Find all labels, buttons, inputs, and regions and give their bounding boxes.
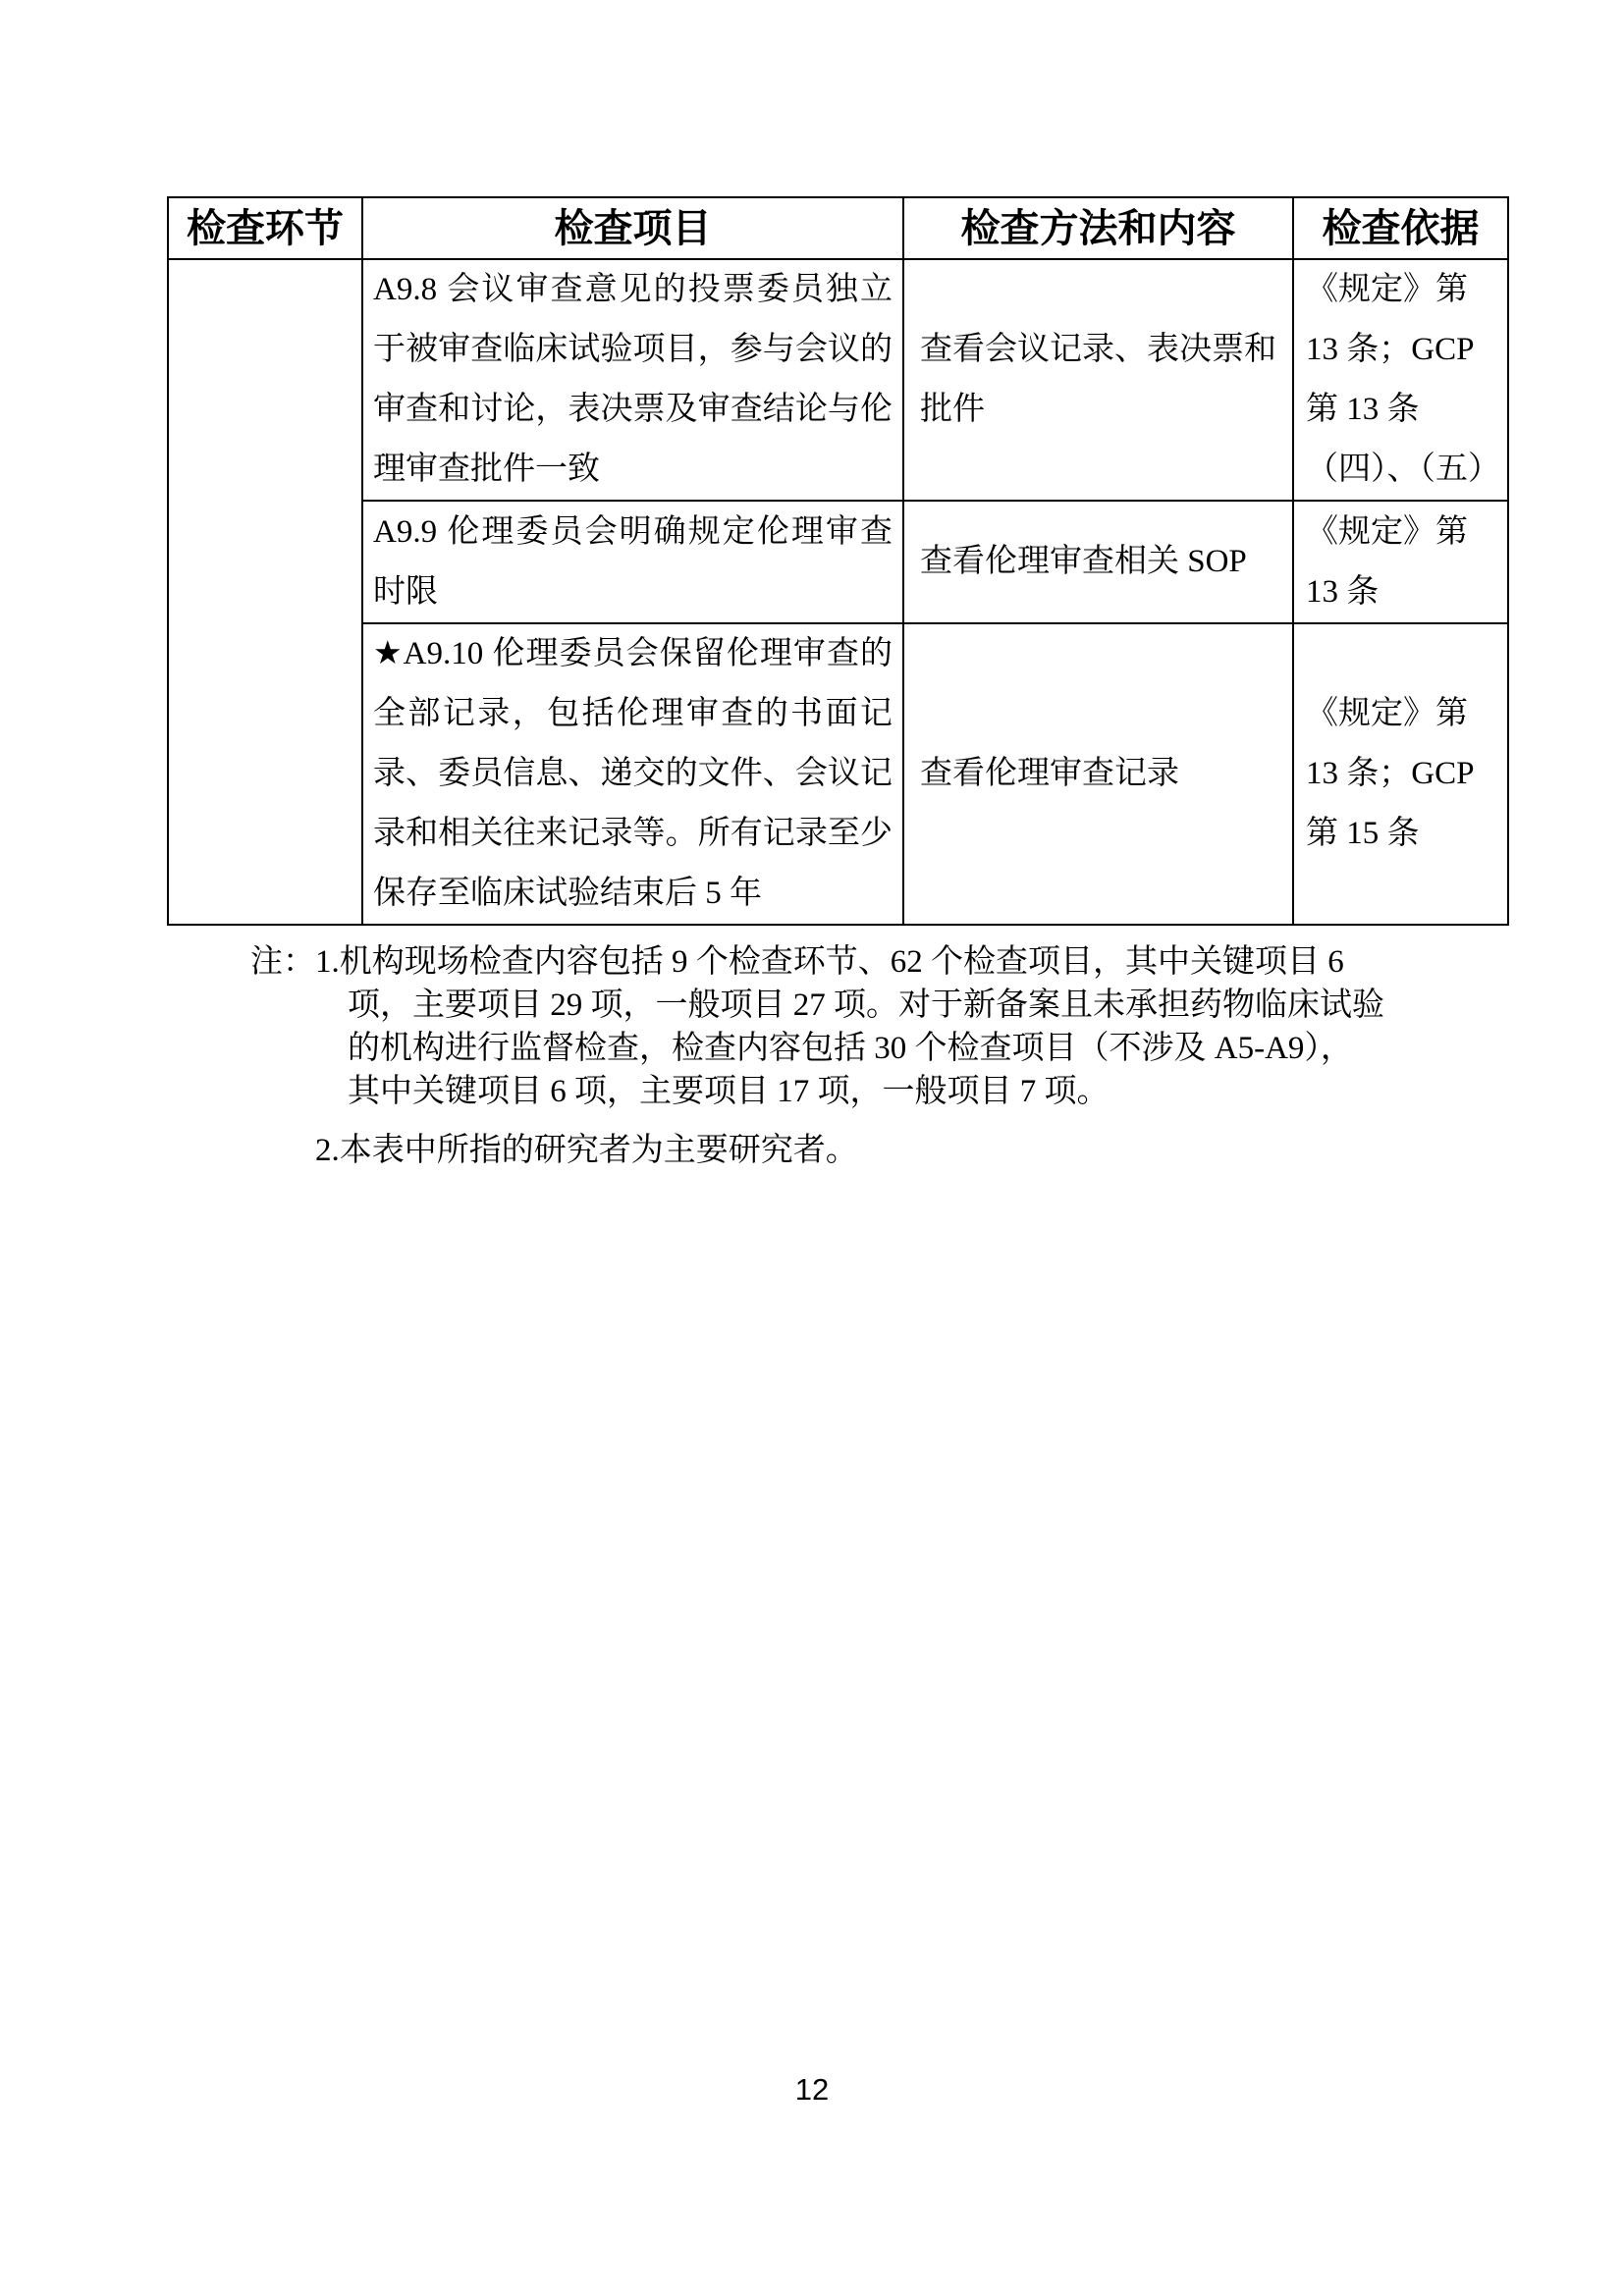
item-cell-a9-10: ★A9.10 伦理委员会保留伦理审查的全部记录，包括伦理审查的书面记录、委员信息… — [362, 623, 903, 925]
method-cell-a9-9: 查看伦理审查相关 SOP — [903, 501, 1293, 623]
item-cell-a9-9: A9.9 伦理委员会明确规定伦理审查时限 — [362, 501, 903, 623]
table-header-row: 检查环节 检查项目 检查方法和内容 检查依据 — [168, 197, 1508, 259]
notes-label: 注： — [250, 940, 315, 984]
inspection-table: 检查环节 检查项目 检查方法和内容 检查依据 A9.8 会议审查意见的投票委员独… — [167, 196, 1509, 926]
note-item-1: 1.机构现场检查内容包括 9 个检查环节、62 个检查项目，其中关键项目 6 项… — [315, 940, 1468, 1113]
basis-cell-a9-9: 《规定》第 13 条 — [1293, 501, 1508, 623]
method-cell-a9-8: 查看会议记录、表决票和批件 — [903, 259, 1293, 501]
header-basis: 检查依据 — [1293, 197, 1508, 259]
table-row-a9-8: A9.8 会议审查意见的投票委员独立于被审查临床试验项目，参与会议的审查和讨论，… — [168, 259, 1508, 501]
note-item-2: 2.本表中所指的研究者为主要研究者。 — [315, 1129, 1468, 1172]
notes-items: 1.机构现场检查内容包括 9 个检查环节、62 个检查项目，其中关键项目 6 项… — [315, 940, 1468, 1172]
page-number: 12 — [0, 2071, 1624, 2109]
document-page: 检查环节 检查项目 检查方法和内容 检查依据 A9.8 会议审查意见的投票委员独… — [0, 0, 1624, 2296]
notes-section: 注： 1.机构现场检查内容包括 9 个检查环节、62 个检查项目，其中关键项目 … — [250, 940, 1468, 1172]
header-item: 检查项目 — [362, 197, 903, 259]
method-cell-a9-10: 查看伦理审查记录 — [903, 623, 1293, 925]
header-method: 检查方法和内容 — [903, 197, 1293, 259]
header-stage: 检查环节 — [168, 197, 362, 259]
table-row-a9-10: ★A9.10 伦理委员会保留伦理审查的全部记录，包括伦理审查的书面记录、委员信息… — [168, 623, 1508, 925]
stage-cell — [168, 259, 362, 925]
table-row-a9-9: A9.9 伦理委员会明确规定伦理审查时限 查看伦理审查相关 SOP 《规定》第 … — [168, 501, 1508, 623]
basis-cell-a9-8: 《规定》第 13 条；GCP 第 13 条 （四）、（五） — [1293, 259, 1508, 501]
basis-cell-a9-10: 《规定》第 13 条；GCP 第 15 条 — [1293, 623, 1508, 925]
item-cell-a9-8: A9.8 会议审查意见的投票委员独立于被审查临床试验项目，参与会议的审查和讨论，… — [362, 259, 903, 501]
